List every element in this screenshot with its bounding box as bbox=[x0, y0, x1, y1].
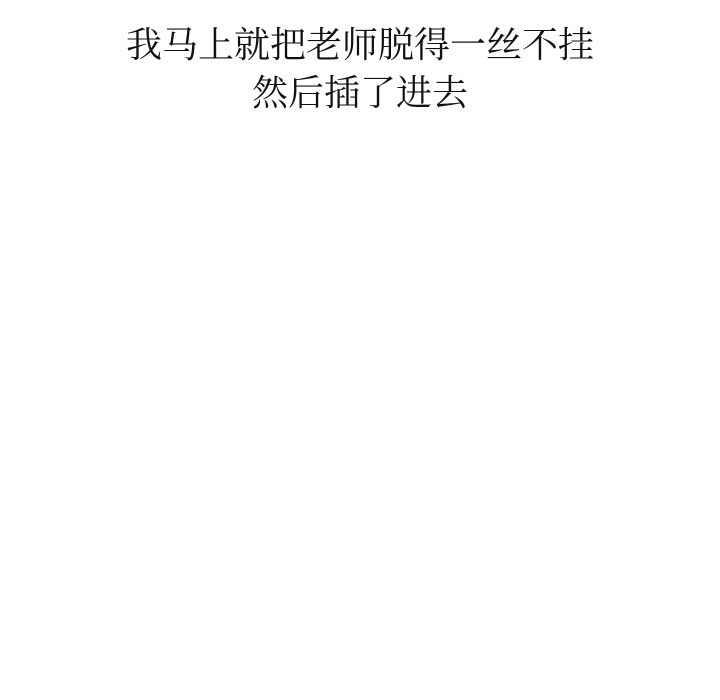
dialogue-text-block: 我马上就把老师脱得一丝不挂 然后插了进去 bbox=[0, 21, 720, 117]
comic-page: 我马上就把老师脱得一丝不挂 然后插了进去 bbox=[0, 0, 720, 700]
dialogue-line-2: 然后插了进去 bbox=[0, 69, 720, 117]
dialogue-line-1: 我马上就把老师脱得一丝不挂 bbox=[0, 21, 720, 69]
